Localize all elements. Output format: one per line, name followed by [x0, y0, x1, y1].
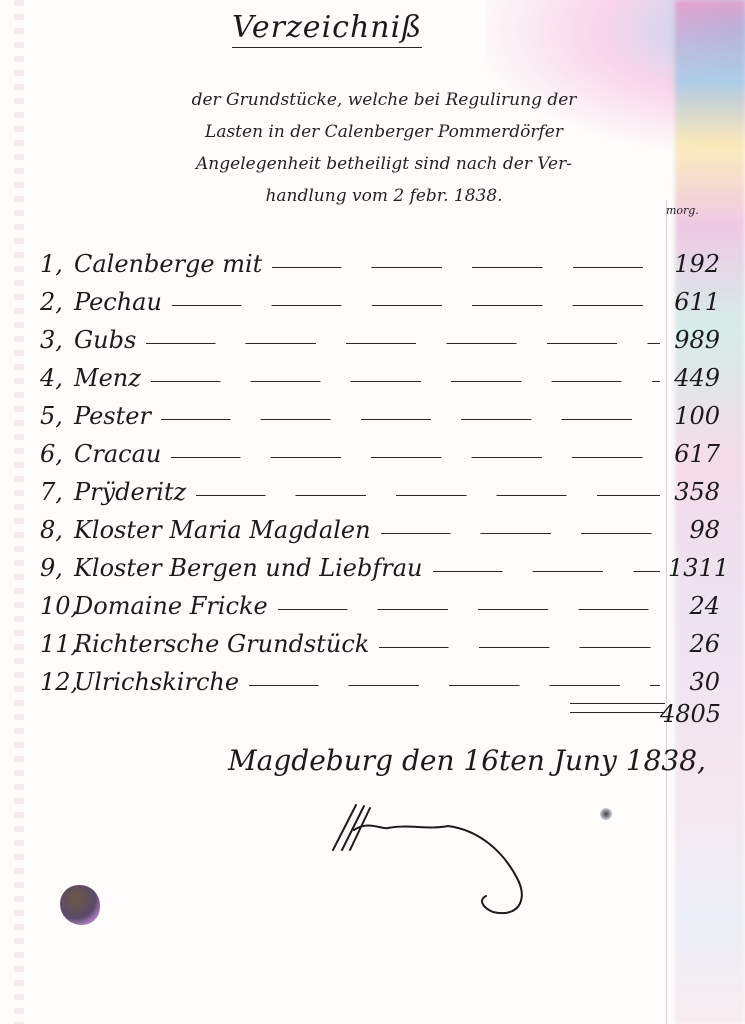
list-item: 2, Pechau 611 [40, 278, 720, 316]
list-item: 6, Cracau 617 [40, 430, 720, 468]
leader-line [196, 495, 660, 496]
list-item: 5, Pester 100 [40, 392, 720, 430]
leader-line [171, 457, 660, 458]
entry-number: 1, [40, 250, 74, 278]
list-item: 3, Gubs 989 [40, 316, 720, 354]
entry-name: Gubs [74, 326, 146, 354]
list-item: 9, Kloster Bergen und Liebfrau 1311 [40, 544, 720, 582]
entry-number: 11, [40, 630, 74, 658]
leader-line [381, 533, 660, 534]
entry-name: Kloster Maria Magdalen [74, 516, 381, 544]
document-subtitle: der Grundstücke, welche bei Regulirung d… [84, 84, 684, 212]
entry-name: Prÿderitz [74, 478, 196, 506]
signature [328, 800, 548, 920]
leader-line [249, 685, 660, 686]
place-and-date: Magdeburg den 16ten Juny 1838, [228, 744, 706, 777]
entry-value: 1311 [668, 554, 720, 582]
leader-line [161, 419, 660, 420]
entry-name: Cracau [74, 440, 171, 468]
entry-name: Richtersche Grundstück [74, 630, 379, 658]
list-item: 12, Ulrichskirche 30 [40, 658, 720, 696]
entry-name: Pechau [74, 288, 172, 316]
entry-list: 1, Calenberge mit 192 2, Pechau 611 3, G… [40, 240, 720, 696]
entry-name: Calenberge mit [74, 250, 272, 278]
entry-number: 6, [40, 440, 74, 468]
list-item: 1, Calenberge mit 192 [40, 240, 720, 278]
scan-noise-left [14, 0, 24, 1024]
leader-line [151, 381, 660, 382]
leader-line [278, 609, 660, 610]
entry-value: 989 [668, 326, 720, 354]
entry-number: 7, [40, 478, 74, 506]
ink-stain [60, 885, 100, 925]
entry-number: 12, [40, 668, 74, 696]
ink-spot [600, 808, 612, 820]
entry-value: 26 [668, 630, 720, 658]
entry-name: Ulrichskirche [74, 668, 249, 696]
document-title: Verzeichniß [232, 10, 422, 48]
list-item: 10, Domaine Fricke 24 [40, 582, 720, 620]
document-page: Verzeichniß der Grundstücke, welche bei … [0, 0, 745, 1024]
total-value: 4805 [660, 700, 721, 728]
entry-name: Kloster Bergen und Liebfrau [74, 554, 433, 582]
list-item: 11, Richtersche Grundstück 26 [40, 620, 720, 658]
entry-name: Menz [74, 364, 151, 392]
entry-value: 30 [668, 668, 720, 696]
entry-value: 100 [668, 402, 720, 430]
entry-value: 449 [668, 364, 720, 392]
leader-line [379, 647, 660, 648]
leader-line [433, 571, 661, 572]
list-item: 7, Prÿderitz 358 [40, 468, 720, 506]
entry-number: 5, [40, 402, 74, 430]
list-item: 8, Kloster Maria Magdalen 98 [40, 506, 720, 544]
entry-number: 9, [40, 554, 74, 582]
leader-line [146, 343, 660, 344]
entry-number: 10, [40, 592, 74, 620]
leader-line [272, 267, 660, 268]
entry-value: 358 [668, 478, 720, 506]
subtitle-line: handlung vom 2 febr. 1838. [84, 180, 684, 212]
entry-number: 8, [40, 516, 74, 544]
entry-value: 611 [668, 288, 720, 316]
entry-value: 192 [668, 250, 720, 278]
subtitle-line: Lasten in der Calenberger Pommerdörfer [84, 116, 684, 148]
subtitle-line: der Grundstücke, welche bei Regulirung d… [84, 84, 684, 116]
entry-value: 98 [668, 516, 720, 544]
entry-value: 24 [668, 592, 720, 620]
subtitle-line: Angelegenheit betheiligt sind nach der V… [84, 148, 684, 180]
unit-label: morg. [666, 204, 699, 217]
entry-number: 3, [40, 326, 74, 354]
entry-number: 2, [40, 288, 74, 316]
entry-name: Pester [74, 402, 161, 430]
list-item: 4, Menz 449 [40, 354, 720, 392]
entry-number: 4, [40, 364, 74, 392]
entry-name: Domaine Fricke [74, 592, 278, 620]
total-double-rule [570, 703, 665, 713]
entry-value: 617 [668, 440, 720, 468]
leader-line [172, 305, 660, 306]
